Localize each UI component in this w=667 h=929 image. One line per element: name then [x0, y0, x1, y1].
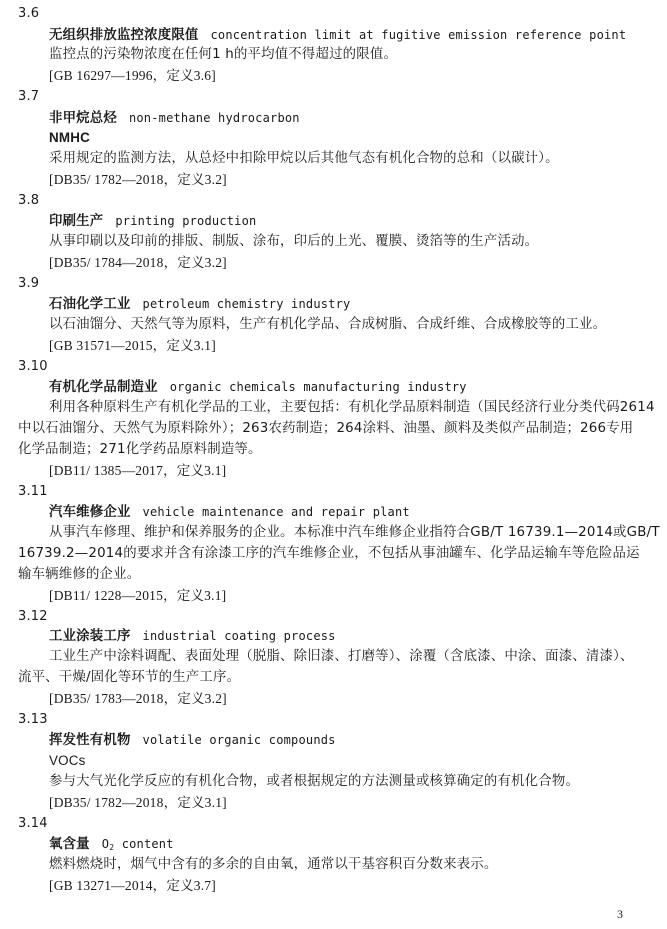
reference-citation: [DB35/ 1782—2018，定义3.2] [49, 172, 227, 188]
clause-number: 3.11 [18, 484, 48, 500]
definition-text: 采用规定的监测方法，从总烃中扣除甲烷以后其他气态有机化合物的总和（以碳计）。 [49, 151, 559, 167]
clause-number: 3.9 [18, 276, 39, 292]
reference-citation: [DB35/ 1784—2018，定义3.2] [49, 255, 227, 271]
clause-number: 3.8 [18, 193, 39, 209]
definition-text: 16739.2—2014的要求并含有涂漆工序的汽车维修企业，不包括从事油罐车、化… [18, 546, 640, 562]
term-heading: 汽车维修企业vehicle maintenance and repair pla… [49, 504, 410, 521]
clause-number: 3.13 [18, 712, 48, 728]
term-heading: 有机化学品制造业organic chemicals manufacturing … [49, 379, 467, 396]
term-zh: 有机化学品制造业 [49, 380, 158, 395]
term-en: vehicle maintenance and repair plant [143, 505, 410, 519]
definition-text: 以石油馏分、天然气等为原料，生产有机化学品、合成树脂、合成纤维、合成橡胶等的工业… [49, 317, 606, 333]
definition-text: 工业生产中涂料调配、表面处理（脱脂、除旧漆、打磨等）、涂覆（含底漆、中涂、面漆、… [49, 649, 634, 665]
term-en: non-methane hydrocarbon [129, 111, 300, 125]
term-heading: 非甲烷总烃non-methane hydrocarbon [49, 110, 300, 127]
reference-citation: [GB 31571—2015，定义3.1] [49, 338, 216, 354]
term-zh: 工业涂装工序 [49, 629, 131, 644]
reference-citation: [DB35/ 1783—2018，定义3.2] [49, 691, 227, 707]
clause-number: 3.10 [18, 359, 48, 375]
subscript-2: 2 [109, 843, 114, 852]
term-en: volatile organic compounds [143, 733, 336, 747]
term-zh: 挥发性有机物 [49, 733, 131, 748]
term-heading: 印刷生产printing production [49, 213, 256, 230]
term-abbreviation: NMHC [49, 130, 90, 146]
definition-text: 参与大气光化学反应的有机化合物，或者根据规定的方法测量或核算确定的有机化合物。 [49, 774, 579, 790]
definition-text: 输车辆维修的企业。 [18, 567, 140, 583]
term-heading: 工业涂装工序industrial coating process [49, 628, 336, 645]
term-heading: 无组织排放监控浓度限值concentration limit at fugiti… [49, 27, 626, 44]
reference-citation: [GB 16297—1996，定义3.6] [49, 68, 216, 84]
reference-citation: [GB 13271—2014，定义3.7] [49, 878, 216, 894]
document-page: 3.6 无组织排放监控浓度限值concentration limit at fu… [0, 0, 667, 929]
term-heading: 挥发性有机物volatile organic compounds [49, 732, 336, 749]
definition-text: 从事汽车修理、维护和保养服务的企业。本标准中汽车维修企业指符合GB/T 1673… [49, 525, 660, 541]
term-zh: 无组织排放监控浓度限值 [49, 28, 199, 43]
term-zh: 非甲烷总烃 [49, 111, 117, 126]
clause-number: 3.14 [18, 816, 48, 832]
definition-text: 监控点的污染物浓度在任何1 h的平均值不得超过的限值。 [49, 47, 397, 63]
page-number: 3 [617, 907, 623, 922]
clause-number: 3.7 [18, 89, 39, 105]
definition-text: 化学品制造；271化学药品原料制造等。 [18, 442, 262, 458]
reference-citation: [DB11/ 1228—2015，定义3.1] [49, 588, 226, 604]
definition-text: 燃料燃烧时，烟气中含有的多余的自由氧，通常以干基容积百分数来表示。 [49, 857, 498, 873]
term-zh: 氧含量 [49, 837, 90, 852]
term-en: petroleum chemistry industry [143, 297, 351, 311]
definition-text: 利用各种原料生产有机化学品的工业，主要包括：有机化学品原料制造（国民经济行业分类… [49, 400, 655, 416]
term-en: industrial coating process [143, 629, 336, 643]
term-abbreviation: VOCs [49, 753, 86, 769]
definition-text: 从事印刷以及印前的排版、制版、涂布，印后的上光、覆膜、烫箔等的生产活动。 [49, 234, 538, 250]
term-zh: 石油化学工业 [49, 297, 131, 312]
term-en: concentration limit at fugitive emission… [211, 28, 627, 42]
term-heading: 氧含量O2 content [49, 836, 174, 856]
term-en: organic chemicals manufacturing industry [170, 380, 467, 394]
term-en: printing production [115, 214, 256, 228]
term-en-suffix: content [122, 837, 174, 851]
term-heading: 石油化学工业petroleum chemistry industry [49, 296, 350, 313]
definition-text: 流平、干燥/固化等环节的生产工序。 [18, 670, 240, 686]
clause-number: 3.12 [18, 609, 48, 625]
reference-citation: [DB11/ 1385—2017，定义3.1] [49, 463, 226, 479]
term-en: O2 content [102, 837, 174, 851]
clause-number: 3.6 [18, 6, 39, 22]
term-zh: 印刷生产 [49, 214, 103, 229]
definition-text: 中以石油馏分、天然气为原料除外）；263农药制造；264涂料、油墨、颜料及类似产… [18, 421, 633, 437]
reference-citation: [DB35/ 1782—2018，定义3.1] [49, 795, 227, 811]
term-zh: 汽车维修企业 [49, 505, 131, 520]
